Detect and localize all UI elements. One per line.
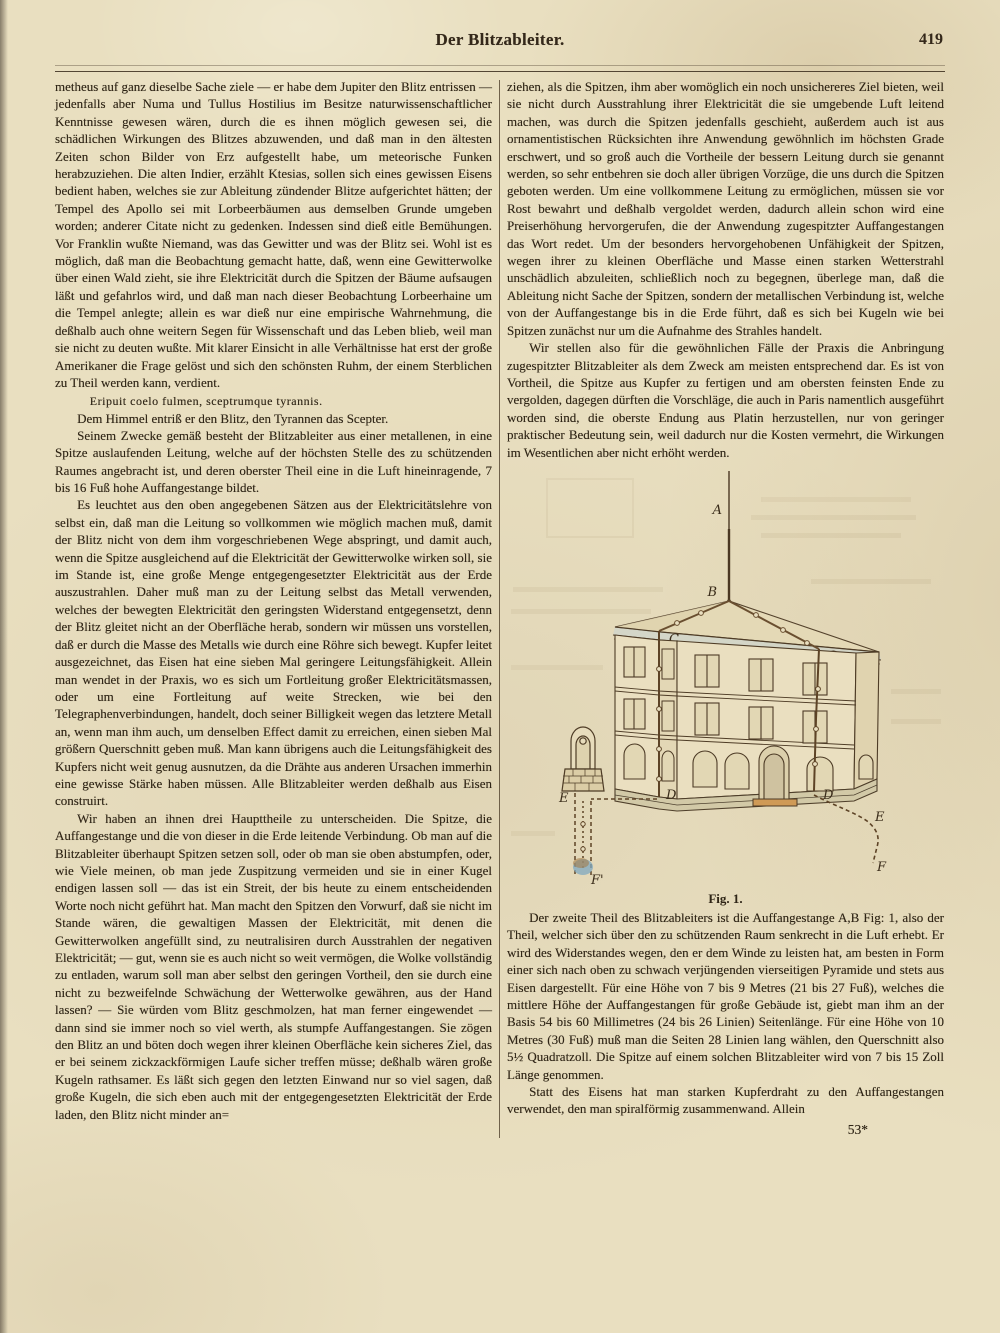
windows-left-facade xyxy=(624,647,645,779)
page-content: Der Blitzableiter. 419 metheus auf ganz … xyxy=(55,30,945,1138)
earth-conductor-right xyxy=(814,795,878,863)
paragraph: Der zweite Theil des Blitzableiters ist … xyxy=(507,909,944,1083)
well-sediment xyxy=(573,858,589,868)
page-number: 419 xyxy=(919,31,943,49)
verse-translation: Dem Himmel entriß er den Blitz, den Tyra… xyxy=(55,410,492,427)
two-column-body: metheus auf ganz dieselbe Sache ziele — … xyxy=(55,78,945,1138)
paragraph: ziehen, als die Spitzen, ihm aber womögl… xyxy=(507,78,944,339)
label-D-left: D xyxy=(665,788,677,803)
running-header: Der Blitzableiter. 419 xyxy=(55,30,945,60)
column-divider-rule xyxy=(499,80,500,1138)
label-E-right: E xyxy=(874,810,885,825)
paragraph: metheus auf ganz dieselbe Sache ziele — … xyxy=(55,78,492,391)
door-step xyxy=(753,799,797,806)
lightning-rod-mast xyxy=(720,471,738,611)
well xyxy=(562,727,604,791)
windows-canted-face xyxy=(662,649,674,781)
conductor-joint xyxy=(580,822,584,826)
paragraph: Es leuchtet aus den oben angegebenen Sät… xyxy=(55,496,492,809)
label-E-left: E xyxy=(558,791,569,806)
fig1-lightning-rod-engraving: A B xyxy=(511,469,941,889)
scanner-shadow-edge xyxy=(0,0,8,1333)
column-left: metheus auf ganz dieselbe Sache ziele — … xyxy=(55,78,492,1123)
figure-fig1: A B xyxy=(507,469,944,907)
paragraph: Statt des Eisens hat man starken Kupferd… xyxy=(507,1083,944,1118)
scanned-book-page: { "page": { "header": { "title": "Der Bl… xyxy=(0,0,1000,1333)
signature-mark: 53* xyxy=(507,1121,944,1138)
column-right: ziehen, als die Spitzen, ihm aber womögl… xyxy=(507,78,944,1138)
paragraph: Wir haben an ihnen drei Haupttheile zu u… xyxy=(55,810,492,1123)
figure-caption: Fig. 1. xyxy=(507,891,944,907)
page-title: Der Blitzableiter. xyxy=(55,30,945,50)
conductor-joint xyxy=(580,847,584,851)
label-D-right: D xyxy=(822,788,834,803)
label-F-left: F' xyxy=(590,873,604,888)
latin-quotation: Eripuit coelo fulmen, sceptrumque tyrann… xyxy=(55,393,492,410)
header-rule xyxy=(55,65,945,72)
paragraph: Seinem Zwecke gemäß besteht der Blitzabl… xyxy=(55,427,492,497)
label-F-right: F xyxy=(876,860,887,875)
label-A: A xyxy=(711,503,721,518)
paragraph: Wir stellen also für die gewöhnlichen Fä… xyxy=(507,339,944,461)
label-B: B xyxy=(706,585,717,600)
